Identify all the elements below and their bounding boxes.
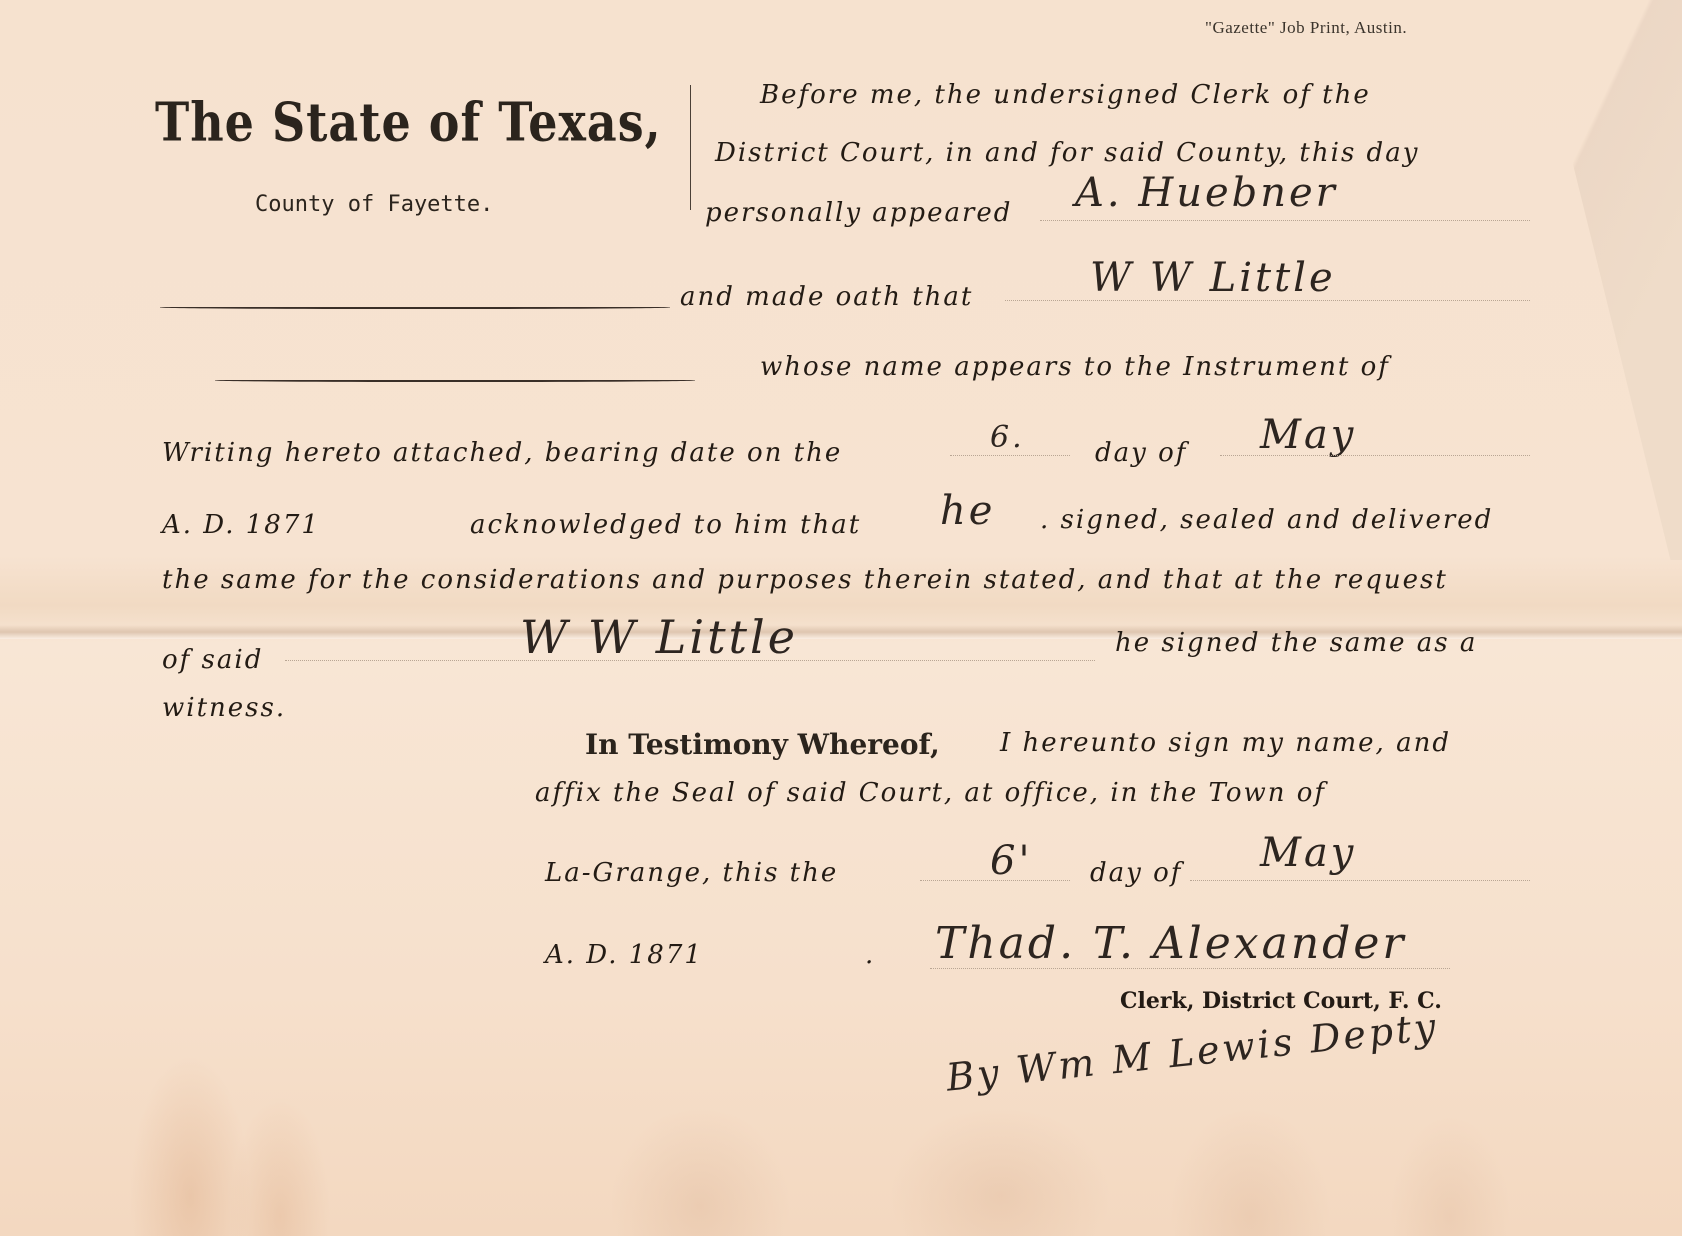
date-day-field: 6. [990, 420, 1025, 455]
strike-line [160, 305, 670, 309]
testimony-heading: In Testimony Whereof, [585, 728, 940, 761]
fill-line [1005, 300, 1530, 301]
signature-line [930, 968, 1450, 969]
strike-line [215, 378, 695, 382]
brace-divider [690, 85, 703, 210]
document-page: "Gazette" Job Print, Austin. The State o… [0, 0, 1682, 1236]
document-title: The State of Texas, [155, 91, 662, 153]
fill-line [950, 455, 1070, 456]
appeared-name-field: A. Huebner [1075, 170, 1338, 216]
body-line-7-mid: acknowledged to him that [470, 510, 861, 540]
body-line-10: witness. [162, 693, 286, 723]
testimony-year-period: . [865, 940, 875, 970]
testimony-year: A. D. 1871 [545, 940, 703, 970]
fill-line [285, 660, 1095, 661]
folded-corner [1452, 0, 1682, 560]
body-line-9-label: of said [162, 645, 263, 675]
day-of-label: day of [1095, 438, 1187, 468]
witness-name-field: W W Little [520, 610, 798, 664]
testimony-line-3-label: La-Grange, this the [545, 858, 838, 888]
body-line-3-label: personally appeared [705, 198, 1012, 228]
date-month-field: May [1260, 412, 1356, 458]
body-line-9-suffix: he signed the same as a [1115, 628, 1477, 658]
body-line-7-suffix: . signed, sealed and delivered [1040, 505, 1493, 535]
testimony-line-2: affix the Seal of said Court, at office,… [535, 778, 1326, 808]
testimony-line-1: I hereunto sign my name, and [1000, 728, 1451, 758]
body-line-4-label: and made oath that [680, 282, 973, 312]
testimony-month-field: May [1260, 830, 1356, 876]
fill-line [1040, 220, 1530, 221]
printer-mark: "Gazette" Job Print, Austin. [1205, 18, 1407, 38]
pronoun-field: he [940, 488, 995, 534]
county-label: County of Fayette. [255, 192, 493, 217]
year-label: A. D. 1871 [162, 510, 320, 540]
testimony-day-field: 6' [990, 838, 1032, 884]
body-line-1: Before me, the undersigned Clerk of the [760, 80, 1371, 110]
fill-line [1190, 880, 1530, 881]
body-line-8: the same for the considerations and purp… [162, 565, 1448, 595]
fill-line [920, 880, 1070, 881]
body-line-2: District Court, in and for said County, … [715, 138, 1419, 168]
testimony-day-of: day of [1090, 858, 1182, 888]
oath-name-field: W W Little [1090, 255, 1336, 301]
fill-line [1220, 455, 1530, 456]
body-line-6-label: Writing hereto attached, bearing date on… [162, 438, 842, 468]
clerk-signature: Thad. T. Alexander [935, 918, 1406, 969]
body-line-5: whose name appears to the Instrument of [760, 352, 1390, 382]
